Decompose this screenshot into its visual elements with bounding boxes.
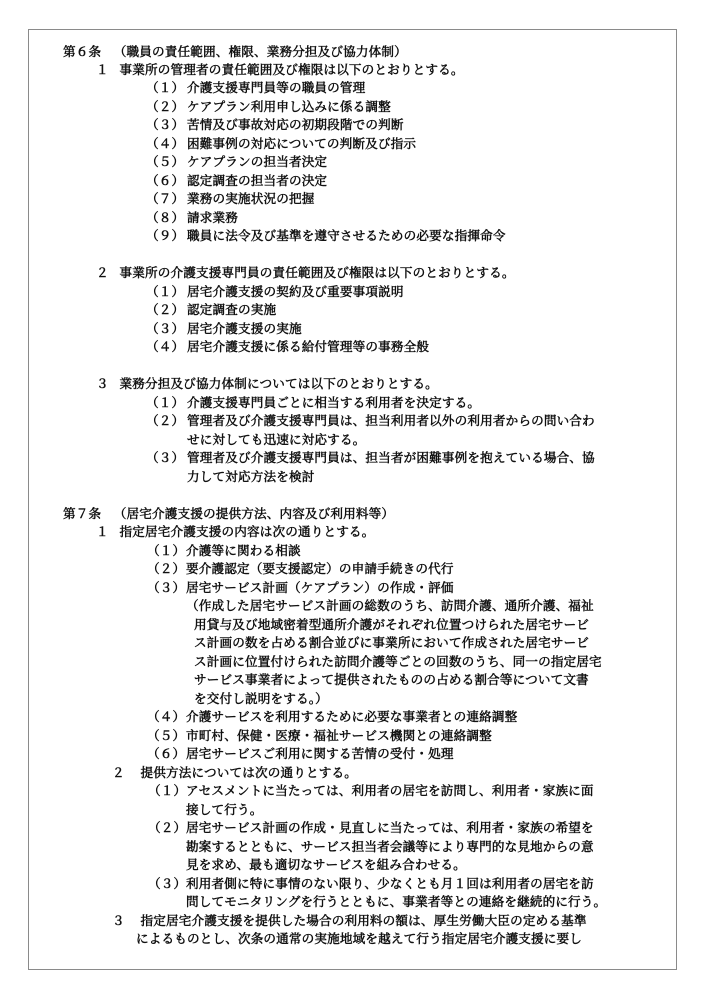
list-item: （１）居宅介護支援の契約及び重要事項説明 bbox=[146, 283, 404, 301]
list-item: （６）認定調査の担当者の決定 bbox=[146, 172, 327, 190]
list-item: （６）居宅サービスご利用に関する苦情の受付・処理 bbox=[147, 745, 454, 763]
list-item: （２）ケアプラン利用申し込みに係る調整 bbox=[146, 98, 391, 116]
list-item: （５）市町村、保健・医療・福祉サービス機関との連絡調整 bbox=[147, 727, 492, 745]
item-text: 認定調査の担当者の決定 bbox=[187, 172, 327, 190]
item-text: 職員に法令及び基準を遵守させるための必要な指揮命令 bbox=[187, 227, 506, 245]
list-item: （４）困難事例の対応についての判断及び指示 bbox=[146, 135, 416, 153]
section-heading: １ 事業所の管理者の責任範囲及び権限は以下のとおりとする。 bbox=[96, 61, 464, 79]
item-text: 介護支援専門員等の職員の管理 bbox=[187, 79, 365, 97]
item-continuation: 見を求め、最も適切なサービスを組み合わせる。 bbox=[186, 856, 466, 874]
section-number: ３ bbox=[112, 912, 136, 930]
item-continuation: 力して対応方法を検討 bbox=[187, 468, 314, 486]
item-number: （２） bbox=[146, 98, 187, 116]
item-note: ス計画の数を占める割合並びに事業所において作成された居宅サービ bbox=[194, 634, 589, 652]
item-number: （３） bbox=[147, 579, 186, 597]
item-number: （２） bbox=[146, 412, 187, 430]
item-note: を交付し説明をする。） bbox=[194, 690, 328, 708]
item-note: 用貸与及び地域密着型通所介護がそれぞれ位置つけられた居宅サービ bbox=[194, 616, 589, 634]
article-title: （職員の責任範囲、権限、業務分担及び協力体制） bbox=[114, 43, 407, 61]
item-text: 苦情及び事故対応の初期段階での判断 bbox=[187, 116, 404, 134]
list-item: （２）居宅サービス計画の作成・見直しに当たっては、利用者・家族の希望を bbox=[148, 819, 594, 837]
section-number: ２ bbox=[96, 264, 115, 282]
item-text: 居宅介護支援の実施 bbox=[187, 320, 302, 338]
section-text: 指定居宅介護支援の内容は次の通りとする。 bbox=[120, 523, 375, 541]
item-text: 介護支援専門員ごとに相当する利用者を決定する。 bbox=[187, 394, 480, 412]
item-text: 請求業務 bbox=[187, 209, 238, 227]
item-number: （３） bbox=[148, 875, 186, 893]
item-number: （６） bbox=[147, 745, 186, 763]
item-text: 居宅サービス計画の作成・見直しに当たっては、利用者・家族の希望を bbox=[186, 819, 594, 837]
article-number: 第７条 bbox=[63, 505, 101, 523]
item-number: （４） bbox=[146, 338, 187, 356]
item-text: アセスメントに当たっては、利用者の居宅を訪問し、利用者・家族に面 bbox=[186, 782, 594, 800]
article-heading: 第６条 （職員の責任範囲、権限、業務分担及び協力体制） bbox=[63, 43, 407, 61]
item-number: （９） bbox=[146, 227, 187, 245]
item-text: 認定調査の実施 bbox=[187, 301, 276, 319]
item-continuation: 問してモニタリングを行うとともに、事業者等との連絡を継続的に行う。 bbox=[186, 893, 606, 911]
item-number: （３） bbox=[146, 116, 187, 134]
list-item: （７）業務の実施状況の把握 bbox=[146, 190, 314, 208]
item-text: 業務の実施状況の把握 bbox=[187, 190, 314, 208]
section-heading: ２ 提供方法については次の通りとする。 bbox=[112, 764, 357, 782]
item-number: （２） bbox=[147, 560, 186, 578]
item-text: 居宅介護支援に係る給付管理等の事務全般 bbox=[187, 338, 429, 356]
section-text: 指定居宅介護支援を提供した場合の利用料の額は、厚生労働大臣の定める基準 bbox=[141, 912, 587, 930]
item-number: （４） bbox=[147, 708, 186, 726]
item-number: （２） bbox=[148, 819, 186, 837]
item-text: 管理者及び介護支援専門員は、担当利用者以外の利用者からの問い合わ bbox=[187, 412, 595, 430]
item-number: （１） bbox=[148, 782, 186, 800]
item-text: 利用者側に特に事情のない限り、少なくとも月１回は利用者の居宅を訪 bbox=[186, 875, 594, 893]
item-text: ケアプラン利用申し込みに係る調整 bbox=[187, 98, 391, 116]
item-continuation: せに対しても迅速に対応する。 bbox=[187, 431, 365, 449]
section-text: 提供方法については次の通りとする。 bbox=[141, 764, 357, 782]
list-item: （２）要介護認定（要支援認定）の申請手続きの代行 bbox=[147, 560, 454, 578]
item-number: （２） bbox=[146, 301, 187, 319]
section-text: 事業所の管理者の責任範囲及び権限は以下のとおりとする。 bbox=[120, 61, 464, 79]
item-number: （６） bbox=[146, 172, 187, 190]
section-continuation: によるものとし、次条の通常の実施地域を越えて行う指定居宅介護支援に要し bbox=[136, 930, 582, 948]
section-number: ２ bbox=[112, 764, 136, 782]
section-text: 事業所の介護支援専門員の責任範囲及び権限は以下のとおりとする。 bbox=[120, 264, 515, 282]
item-number: （１） bbox=[146, 394, 187, 412]
list-item: （３）苦情及び事故対応の初期段階での判断 bbox=[146, 116, 404, 134]
section-heading: ２ 事業所の介護支援専門員の責任範囲及び権限は以下のとおりとする。 bbox=[96, 264, 515, 282]
item-text: 困難事例の対応についての判断及び指示 bbox=[187, 135, 416, 153]
article-title: （居宅介護支援の提供方法、内容及び利用料等） bbox=[114, 505, 394, 523]
list-item: （２）認定調査の実施 bbox=[146, 301, 276, 319]
section-heading: ３ 指定居宅介護支援を提供した場合の利用料の額は、厚生労働大臣の定める基準 bbox=[112, 912, 587, 930]
list-item: （３）居宅介護支援の実施 bbox=[146, 320, 302, 338]
section-number: １ bbox=[96, 523, 115, 541]
item-number: （７） bbox=[146, 190, 187, 208]
section-number: ３ bbox=[96, 375, 115, 393]
section-number: １ bbox=[96, 61, 115, 79]
item-number: （３） bbox=[146, 449, 187, 467]
item-note: ス計画に位置付けられた訪問介護等ごとの回数のうち、同一の指定居宅 bbox=[194, 653, 602, 671]
list-item: （４）居宅介護支援に係る給付管理等の事務全般 bbox=[146, 338, 429, 356]
list-item: （２）管理者及び介護支援専門員は、担当利用者以外の利用者からの問い合わ bbox=[146, 412, 595, 430]
item-text: ケアプランの担当者決定 bbox=[187, 153, 327, 171]
item-text: 管理者及び介護支援専門員は、担当者が困難事例を抱えている場合、協 bbox=[187, 449, 595, 467]
item-note: （作成した居宅サービス計画の総数のうち、訪問介護、通所介護、福祉 bbox=[186, 597, 594, 615]
list-item: （８）請求業務 bbox=[146, 209, 238, 227]
item-text: 介護等に関わる相談 bbox=[186, 542, 301, 560]
list-item: （１）介護支援専門員等の職員の管理 bbox=[146, 79, 365, 97]
section-heading: ３ 業務分担及び協力体制については以下のとおりとする。 bbox=[96, 375, 438, 393]
item-note: サービス事業者によって提供されたものの占める割合等について文書 bbox=[194, 671, 589, 689]
list-item: （３）居宅サービス計画（ケアプラン）の作成・評価 bbox=[147, 579, 454, 597]
item-number: （１） bbox=[146, 79, 187, 97]
list-item: （１）アセスメントに当たっては、利用者の居宅を訪問し、利用者・家族に面 bbox=[148, 782, 594, 800]
list-item: （３）利用者側に特に事情のない限り、少なくとも月１回は利用者の居宅を訪 bbox=[148, 875, 594, 893]
section-text: 業務分担及び協力体制については以下のとおりとする。 bbox=[120, 375, 438, 393]
item-text: 居宅介護支援の契約及び重要事項説明 bbox=[187, 283, 404, 301]
item-number: （５） bbox=[146, 153, 187, 171]
item-number: （５） bbox=[147, 727, 186, 745]
item-number: （３） bbox=[146, 320, 187, 338]
section-heading: １ 指定居宅介護支援の内容は次の通りとする。 bbox=[96, 523, 374, 541]
list-item: （５）ケアプランの担当者決定 bbox=[146, 153, 327, 171]
item-text: 居宅サービス計画（ケアプラン）の作成・評価 bbox=[186, 579, 454, 597]
item-number: （１） bbox=[146, 283, 187, 301]
item-text: 居宅サービスご利用に関する苦情の受付・処理 bbox=[186, 745, 454, 763]
article-heading: 第７条 （居宅介護支援の提供方法、内容及び利用料等） bbox=[63, 505, 394, 523]
list-item: （９）職員に法令及び基準を遵守させるための必要な指揮命令 bbox=[146, 227, 506, 245]
article-number: 第６条 bbox=[63, 43, 101, 61]
item-number: （４） bbox=[146, 135, 187, 153]
item-text: 要介護認定（要支援認定）の申請手続きの代行 bbox=[186, 560, 454, 578]
item-continuation: 接して行う。 bbox=[186, 801, 262, 819]
list-item: （１）介護等に関わる相談 bbox=[147, 542, 301, 560]
item-number: （１） bbox=[147, 542, 186, 560]
item-continuation: 勘案するとともに、サービス担当者会議等により専門的な見地からの意 bbox=[186, 838, 594, 856]
item-text: 市町村、保健・医療・福祉サービス機関との連絡調整 bbox=[186, 727, 492, 745]
list-item: （１）介護支援専門員ごとに相当する利用者を決定する。 bbox=[146, 394, 480, 412]
list-item: （３）管理者及び介護支援専門員は、担当者が困難事例を抱えている場合、協 bbox=[146, 449, 595, 467]
item-text: 介護サービスを利用するために必要な事業者との連絡調整 bbox=[186, 708, 517, 726]
item-number: （８） bbox=[146, 209, 187, 227]
list-item: （４）介護サービスを利用するために必要な事業者との連絡調整 bbox=[147, 708, 517, 726]
